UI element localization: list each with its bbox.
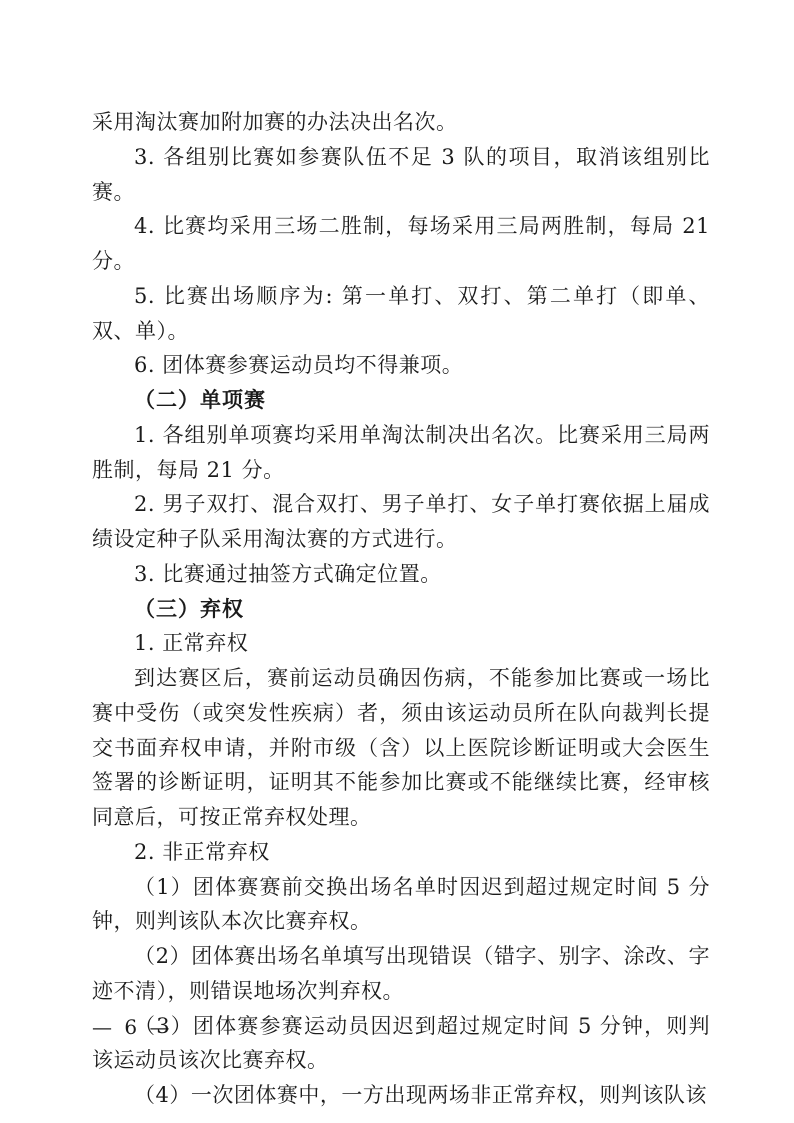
document-page: 采用淘汰赛加附加赛的办法决出名次。 3. 各组别比赛如参赛队伍不足 3 队的项目… (0, 0, 794, 1123)
body-paragraph: （2）团体赛出场名单填写出现错误（错字、别字、涂改、字迹不清），则错误地场次判弃… (92, 939, 710, 1009)
body-paragraph: 5. 比赛出场顺序为: 第一单打、双打、第二单打（即单、双、单）。 (92, 279, 710, 349)
body-paragraph: 3. 比赛通过抽签方式确定位置。 (92, 557, 710, 592)
body-paragraph: 6. 团体赛参赛运动员均不得兼项。 (92, 348, 710, 383)
body-paragraph: 1. 各组别单项赛均采用单淘汰制决出名次。比赛采用三局两胜制，每局 21 分。 (92, 418, 710, 488)
document-body: 采用淘汰赛加附加赛的办法决出名次。 3. 各组别比赛如参赛队伍不足 3 队的项目… (92, 105, 710, 1113)
body-paragraph: 到达赛区后，赛前运动员确因伤病，不能参加比赛或一场比赛中受伤（或突发性疾病）者，… (92, 661, 710, 835)
body-paragraph: 2. 非正常弃权 (92, 835, 710, 870)
body-paragraph: （1）团体赛赛前交换出场名单时因迟到超过规定时间 5 分钟，则判该队本次比赛弃权… (92, 870, 710, 940)
section-heading: （二）单项赛 (92, 383, 710, 418)
section-heading: （三）弃权 (92, 592, 710, 627)
body-paragraph: 4. 比赛均采用三场二胜制，每场采用三局两胜制，每局 21 分。 (92, 209, 710, 279)
body-paragraph: 1. 正常弃权 (92, 626, 710, 661)
body-paragraph: 采用淘汰赛加附加赛的办法决出名次。 (92, 105, 710, 140)
body-paragraph: （4）一次团体赛中，一方出现两场非正常弃权，则判该队该 (92, 1078, 710, 1113)
page-number: — 6 — (92, 1014, 172, 1040)
body-paragraph: 2. 男子双打、混合双打、男子单打、女子单打赛依据上届成绩设定种子队采用淘汰赛的… (92, 487, 710, 557)
body-paragraph: 3. 各组别比赛如参赛队伍不足 3 队的项目，取消该组别比赛。 (92, 140, 710, 210)
body-paragraph: （3）团体赛参赛运动员因迟到超过规定时间 5 分钟，则判该运动员该次比赛弃权。 (92, 1009, 710, 1079)
